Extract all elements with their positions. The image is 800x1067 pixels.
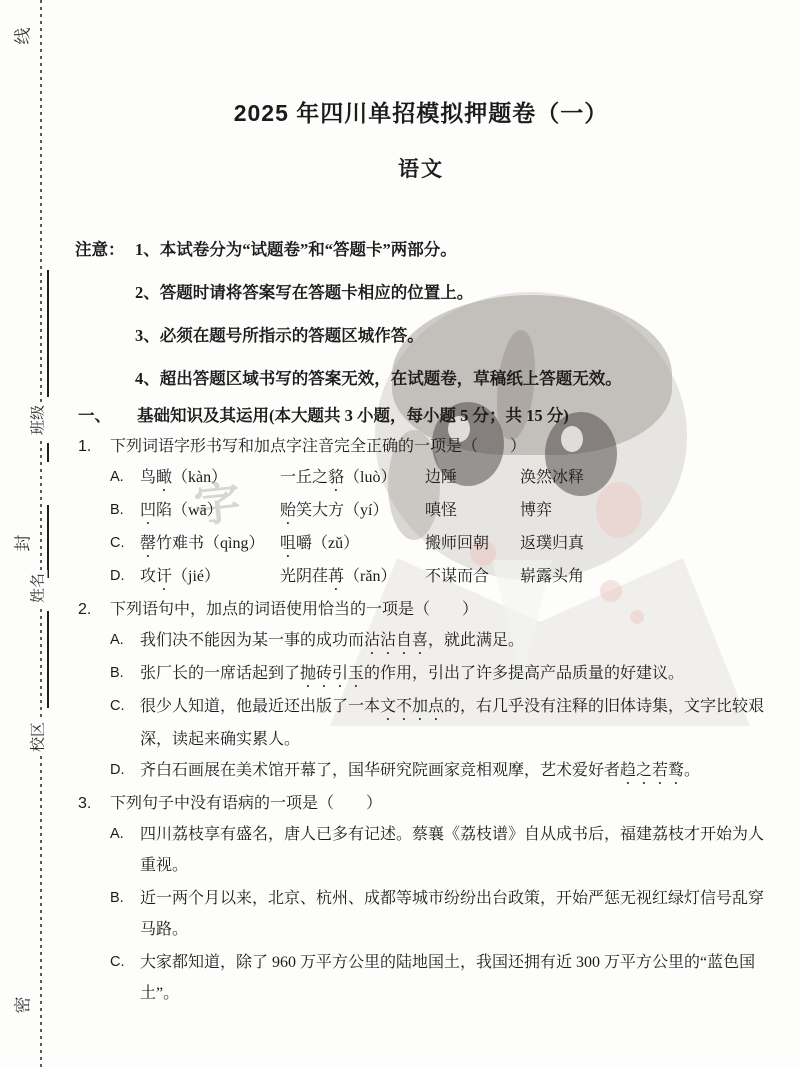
option-word: 贻笑大方（yí） (280, 495, 425, 528)
option-text: 四川荔枝享有盛名，唐人已多有记述。蔡襄《荔枝谱》自从成书后，福建荔枝才开始为人重… (140, 826, 764, 874)
question-3-option-a: A. 四川荔枝享有盛名，唐人已多有记述。蔡襄《荔枝谱》自从成书后，福建荔枝才开始… (110, 819, 774, 883)
question-2-option-c: C. 很少人知道，他最近还出版了一本文不加点的，右几乎没有注释的旧体诗集，文字比… (110, 691, 774, 755)
option-word: 一丘之貉（luò） (280, 462, 425, 495)
exam-paper: 2025 年四川单招模拟押题卷（一） 语文 注意： 1、本试卷分为“试题卷”和“… (68, 0, 774, 1011)
question-2-option-a: A. 我们决不能因为某一事的成功而沾沾自喜，就此满足。 (110, 625, 774, 658)
option-text: 近一两个月以来，北京、杭州、成都等城市纷纷出台政策，开始严惩无视红绿灯信号乱穿马… (140, 890, 764, 938)
notice-item: 3、必须在题号所指示的答题区城作答。 (135, 323, 774, 349)
option-text: 很少人知道，他最近还出版了一本文不加点的，右几乎没有注释的旧体诗集，文字比较艰深… (140, 698, 764, 748)
field-label-name: 姓名 (27, 570, 48, 606)
option-word: 搬师回朝 (425, 528, 520, 561)
option-word: 凹陷（wā） (140, 495, 280, 528)
question-2-text: 下列语句中，加点的词语使用恰当的一项是（ ） (110, 601, 478, 618)
option-label: C. (110, 947, 125, 978)
question-3-option-c: C. 大家都知道，除了 960 万平方公里的陆地国土，我国还拥有近 300 万平… (110, 947, 774, 1011)
option-text: 张厂长的一席话起到了抛砖引玉的作用，引出了许多提高产品质量的好建议。 (140, 665, 684, 682)
option-word: 咀嚼（zǔ） (280, 528, 425, 561)
option-word: 不谋而合 (425, 561, 520, 594)
question-1-text: 下列词语字形书写和加点字注音完全正确的一项是（ ） (110, 438, 526, 455)
option-label: A. (110, 819, 124, 850)
paper-subject: 语文 (68, 156, 774, 184)
question-1-options: A. 鸟瞰（kàn） 一丘之貉（luò） 边陲 涣然冰释 B. 凹陷（wā） 贻… (110, 462, 774, 594)
option-word: 边陲 (425, 462, 520, 495)
section-title: 基础知识及其运用(本大题共 3 小题，每小题 5 分；共 15 分) (137, 406, 569, 425)
notice-label: 注意： (75, 237, 125, 263)
notice-block: 注意： 1、本试卷分为“试题卷”和“答题卡”两部分。 2、答题时请将答案写在答题… (68, 237, 774, 392)
field-label-class: 班级 (27, 402, 48, 438)
question-1-stem: 1. 下列词语字形书写和加点字注音完全正确的一项是（ ） (78, 431, 774, 462)
option-word: 光阴荏苒（rǎn） (280, 561, 425, 594)
question-2-stem: 2. 下列语句中，加点的词语使用恰当的一项是（ ） (78, 594, 774, 625)
option-label: B. (110, 658, 124, 689)
question-2-option-d: D. 齐白石画展在美术馆开幕了，国华研究院画家竞相观摩，艺术爱好者趋之若鹜。 (110, 755, 774, 788)
question-3-stem: 3. 下列句子中没有语病的一项是（ ） (78, 788, 774, 819)
option-word: 崭露头角 (520, 561, 774, 594)
seal-char-xian: 线 (8, 26, 35, 47)
option-text: 我们决不能因为某一事的成功而沾沾自喜，就此满足。 (140, 632, 524, 649)
question-2-option-b: B. 张厂长的一席话起到了抛砖引玉的作用，引出了许多提高产品质量的好建议。 (110, 658, 774, 691)
option-word: 涣然冰释 (520, 462, 774, 495)
option-label: A. (110, 625, 124, 656)
option-word: 攻讦（jié） (140, 561, 280, 594)
option-label: C. (110, 528, 140, 561)
option-text: 齐白石画展在美术馆开幕了，国华研究院画家竞相观摩，艺术爱好者趋之若鹜。 (140, 762, 700, 779)
option-word: 博弈 (520, 495, 774, 528)
seal-dotted-line (40, 0, 42, 1067)
option-label: A. (110, 462, 140, 495)
option-label: B. (110, 883, 124, 914)
option-word: 鸟瞰（kàn） (140, 462, 280, 495)
option-label: D. (110, 755, 125, 786)
option-label: C. (110, 691, 125, 722)
field-label-campus: 校区 (27, 719, 48, 755)
seal-char-mi: 密 (8, 995, 35, 1016)
notice-text: 1、本试卷分为“试题卷”和“答题卡”两部分。 (135, 240, 457, 259)
option-text: 大家都知道，除了 960 万平方公里的陆地国土，我国还拥有近 300 万平方公里… (140, 954, 755, 1002)
class-blank-line (47, 443, 49, 462)
option-word: 嗔怪 (425, 495, 520, 528)
notice-item: 注意： 1、本试卷分为“试题卷”和“答题卡”两部分。 (75, 237, 774, 263)
name-blank-line (47, 611, 49, 708)
notice-item: 2、答题时请将答案写在答题卡相应的位置上。 (135, 280, 774, 306)
option-word: 返璞归真 (520, 528, 774, 561)
notice-item: 4、超出答题区域书写的答案无效，在试题卷，草稿纸上答题无效。 (135, 366, 774, 392)
question-3-number: 3. (78, 788, 110, 819)
option-label: D. (110, 561, 140, 594)
question-3-option-b: B. 近一两个月以来，北京、杭州、成都等城市纷纷出台政策，开始严惩无视红绿灯信号… (110, 883, 774, 947)
paper-title: 2025 年四川单招模拟押题卷（一） (68, 98, 774, 128)
seal-char-feng: 封 (8, 533, 35, 554)
section-heading: 一、基础知识及其运用(本大题共 3 小题，每小题 5 分；共 15 分) (78, 400, 774, 431)
question-3-text: 下列句子中没有语病的一项是（ ） (110, 795, 382, 812)
question-2-number: 2. (78, 594, 110, 625)
question-1-number: 1. (78, 431, 110, 462)
question-area: 一、基础知识及其运用(本大题共 3 小题，每小题 5 分；共 15 分) 1. … (68, 400, 774, 1011)
class-blank-line (47, 270, 49, 397)
name-blank-line (47, 505, 49, 578)
option-label: B. (110, 495, 140, 528)
section-number: 一、 (78, 400, 137, 431)
option-word: 罄竹难书（qìng） (140, 528, 280, 561)
